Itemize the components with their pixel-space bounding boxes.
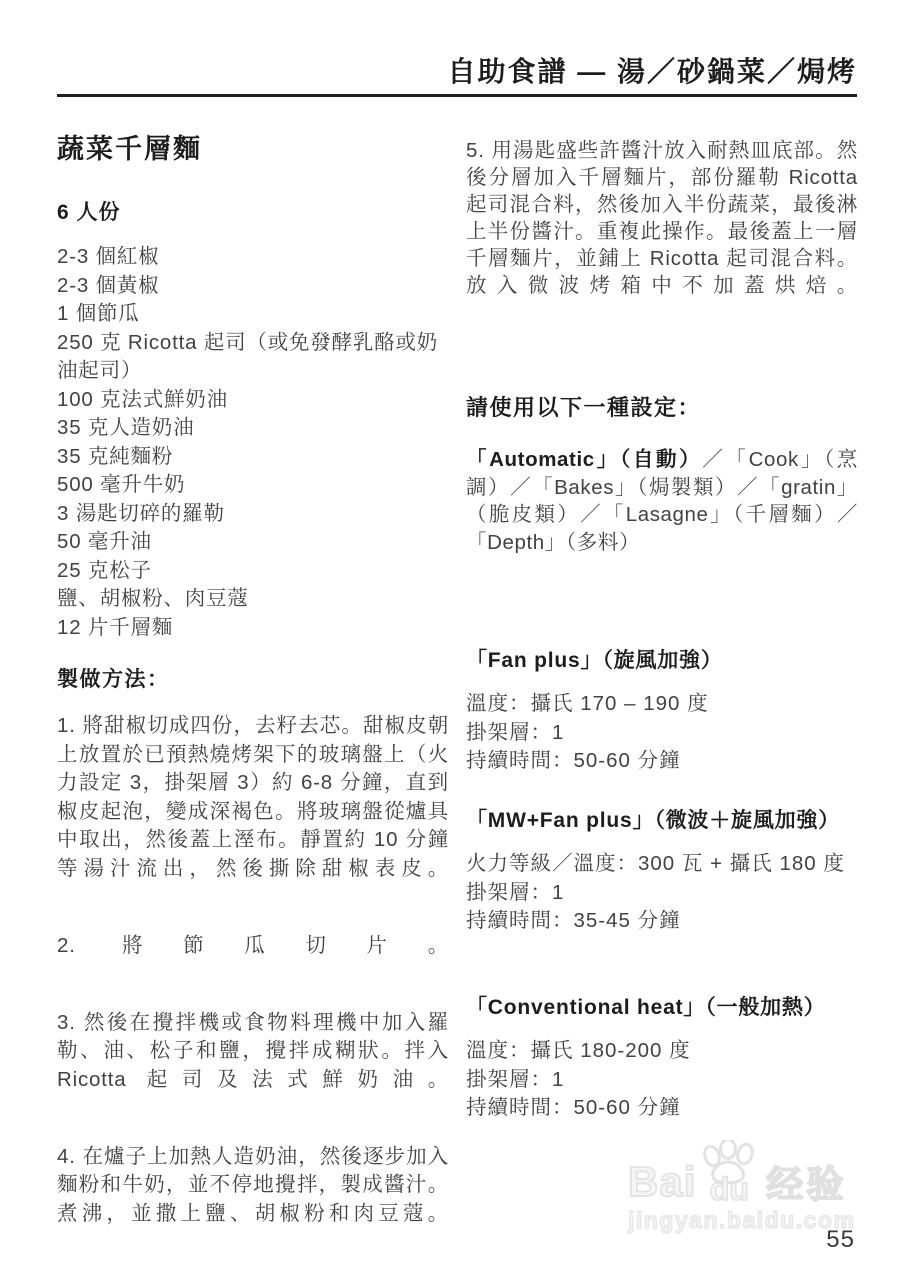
ingredient-line: 25 克松子 <box>57 557 449 586</box>
ingredient-line: 2-3 個黃椒 <box>57 272 449 301</box>
ingredient-line: 500 毫升牛奶 <box>57 471 449 500</box>
baidu-watermark-logo: Bai du 经验 <box>628 1140 860 1203</box>
header-divider <box>57 94 857 97</box>
watermark-brand-suffix: 经验 <box>766 1166 846 1203</box>
ingredient-line: 250 克 Ricotta 起司（或免發酵乳酪或奶油起司） <box>57 329 449 386</box>
left-column: 蔬菜千層麵 6 人份 2-3 個紅椒 2-3 個黃椒 1 個節瓜 250 克 R… <box>57 133 449 1257</box>
mode-shelf-level: 掛架層：1 <box>466 879 858 908</box>
mode-shelf-level: 掛架層：1 <box>466 1066 858 1095</box>
watermark-url: jingyan.baidu.com <box>628 1207 860 1234</box>
mode-power-temperature: 火力等級／溫度：300 瓦 + 攝氏 180 度 <box>466 850 858 879</box>
ingredient-line: 12 片千層麵 <box>57 614 449 643</box>
mode-temperature: 溫度：攝氏 180-200 度 <box>466 1037 858 1066</box>
method-step-2: 2. 將節瓜切片。 <box>57 932 449 989</box>
mode-fan-plus-heading: 「Fan plus」（旋風加強） <box>466 648 858 674</box>
baidu-watermark: Bai du 经验 jingyan.baidu.com <box>628 1140 860 1234</box>
ingredients-list: 2-3 個紅椒 2-3 個黃椒 1 個節瓜 250 克 Ricotta 起司（或… <box>57 243 449 642</box>
watermark-brand-text: Bai <box>628 1161 696 1203</box>
ingredient-line: 50 毫升油 <box>57 528 449 557</box>
settings-option-automatic: 「Automatic」（自動） <box>466 448 702 471</box>
recipe-title: 蔬菜千層麵 <box>57 133 449 165</box>
mode-duration: 持續時間：35-45 分鐘 <box>466 907 858 936</box>
servings-heading: 6 人份 <box>57 201 449 225</box>
page-header-title: 自助食譜 — 湯／砂鍋菜／焗烤 <box>57 50 857 90</box>
mode-shelf-level: 掛架層：1 <box>466 719 858 748</box>
mode-mw-fan-plus-heading: 「MW+Fan plus」（微波＋旋風加強） <box>466 808 858 834</box>
watermark-brand-text: du <box>710 1176 749 1203</box>
method-step-1: 1. 將甜椒切成四份，去籽去芯。甜椒皮朝上放置於已預熱燒烤架下的玻璃盤上（火力設… <box>57 712 449 912</box>
mode-conventional-heat: 「Conventional heat」（一般加熱） 溫度：攝氏 180-200 … <box>466 995 858 1123</box>
settings-options: 「Automatic」（自動）／「Cook」（烹調）／「Bakes」（焗製類）／… <box>466 446 858 556</box>
mode-duration: 持續時間：50-60 分鐘 <box>466 1094 858 1123</box>
mode-duration: 持續時間：50-60 分鐘 <box>466 747 858 776</box>
ingredient-line: 1 個節瓜 <box>57 300 449 329</box>
mode-conventional-heat-heading: 「Conventional heat」（一般加熱） <box>466 995 858 1021</box>
ingredient-line: 100 克法式鮮奶油 <box>57 386 449 415</box>
method-heading: 製做方法： <box>57 668 449 692</box>
ingredient-line: 35 克人造奶油 <box>57 414 449 443</box>
mode-fan-plus: 「Fan plus」（旋風加強） 溫度：攝氏 170 – 190 度 掛架層：1… <box>466 648 858 776</box>
settings-heading: 請使用以下一種設定： <box>466 391 858 422</box>
method-step-4: 4. 在爐子上加熱人造奶油，然後逐步加入麵粉和牛奶，並不停地攪拌，製成醬汁。煮沸… <box>57 1143 449 1257</box>
method-step-5: 5. 用湯匙盛些許醬汁放入耐熱皿底部。然後分層加入千層麵片，部份羅勒 Ricot… <box>466 137 858 326</box>
method-step-3: 3. 然後在攪拌機或食物料理機中加入羅勒、油、松子和鹽，攪拌成糊狀。拌入 Ric… <box>57 1009 449 1123</box>
mode-mw-fan-plus: 「MW+Fan plus」（微波＋旋風加強） 火力等級／溫度：300 瓦 + 攝… <box>466 808 858 936</box>
mode-temperature: 溫度：攝氏 170 – 190 度 <box>466 690 858 719</box>
ingredient-line: 2-3 個紅椒 <box>57 243 449 272</box>
ingredient-line: 鹽、胡椒粉、肉豆蔻 <box>57 585 449 614</box>
recipe-page: 自助食譜 — 湯／砂鍋菜／焗烤 蔬菜千層麵 6 人份 2-3 個紅椒 2-3 個… <box>0 0 903 1280</box>
page-number: 55 <box>826 1226 855 1254</box>
ingredient-line: 35 克純麵粉 <box>57 443 449 472</box>
ingredient-line: 3 湯匙切碎的羅勒 <box>57 500 449 529</box>
